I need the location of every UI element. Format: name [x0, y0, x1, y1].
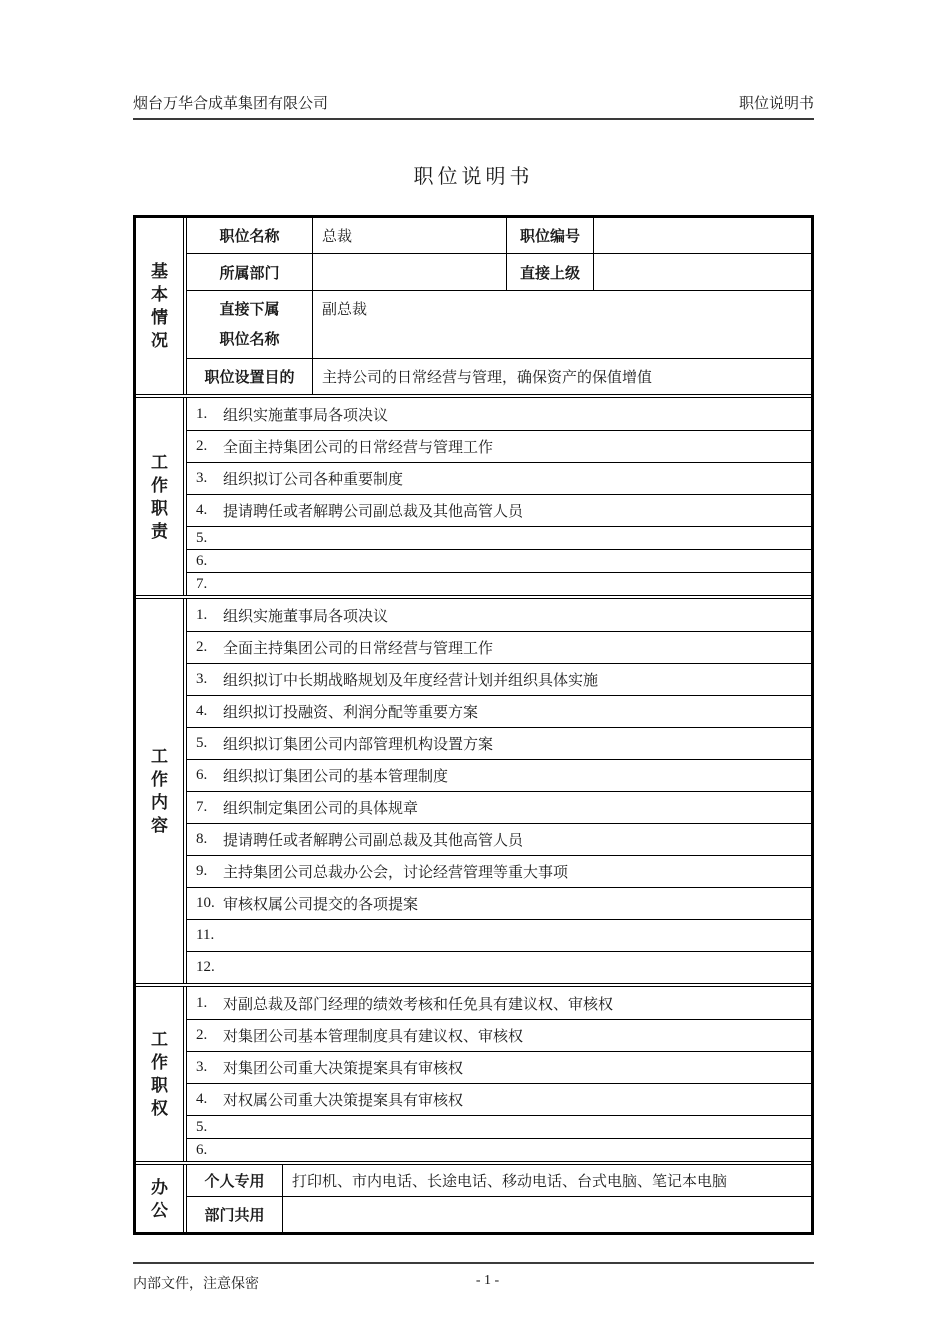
item-text: 审核权属公司提交的各项提案 — [223, 893, 811, 914]
item-number: 2. — [187, 639, 223, 656]
item-number: 7. — [187, 576, 223, 593]
list-item: 10.审核权属公司提交的各项提案 — [187, 887, 811, 919]
field-label-line1: 直接下属 — [219, 295, 279, 325]
section-title-char: 作 — [151, 1051, 168, 1074]
list-item: 9.主持集团公司总裁办公会，讨论经营管理等重大事项 — [187, 855, 811, 887]
item-text: 主持集团公司总裁办公会，讨论经营管理等重大事项 — [223, 861, 811, 882]
item-number: 6. — [187, 1142, 223, 1159]
table-row: 职位设置目的 主持公司的日常经营与管理，确保资产的保值增值 — [187, 358, 811, 394]
section-authority: 工作职权 1.对副总裁及部门经理的绩效考核和任免具有建议权、审核权2.对集团公司… — [136, 983, 811, 1161]
field-value-position-name: 总裁 — [312, 218, 506, 253]
list-item: 1.组织实施董事局各项决议 — [187, 599, 811, 631]
section-title-char: 公 — [151, 1199, 168, 1222]
item-number: 5. — [187, 530, 223, 547]
section-title-work-content: 工作内容 — [136, 599, 187, 983]
section-title-char: 况 — [151, 329, 168, 352]
item-number: 12. — [187, 959, 223, 976]
page-footer: 内部文件，注意保密 - 1 - — [133, 1262, 814, 1293]
section-title-char: 容 — [151, 814, 168, 837]
section-title-char: 作 — [151, 768, 168, 791]
section-title-char: 作 — [151, 474, 168, 497]
item-number: 10. — [187, 895, 223, 912]
section-basic-info: 基本情况 职位名称 总裁 职位编号 所属部门 直接上级 直接下属 — [136, 218, 811, 394]
section-title-char: 工 — [151, 1028, 168, 1051]
list-item: 1.对副总裁及部门经理的绩效考核和任免具有建议权、审核权 — [187, 987, 811, 1019]
section-title-char: 职 — [151, 497, 168, 520]
section-title-char: 情 — [151, 306, 168, 329]
section-title-basic-info: 基本情况 — [136, 218, 187, 394]
item-text: 组织拟订集团公司内部管理机构设置方案 — [223, 733, 811, 754]
list-item: 8.提请聘任或者解聘公司副总裁及其他高管人员 — [187, 823, 811, 855]
section-title-char: 权 — [151, 1097, 168, 1120]
item-text: 组织实施董事局各项决议 — [223, 404, 811, 425]
item-text: 对集团公司重大决策提案具有审核权 — [223, 1057, 811, 1078]
field-value-personal-equipment: 打印机、市内电话、长途电话、移动电话、台式电脑、笔记本电脑 — [282, 1165, 811, 1196]
list-item: 2.全面主持集团公司的日常经营与管理工作 — [187, 631, 811, 663]
item-number: 1. — [187, 607, 223, 624]
item-number: 2. — [187, 438, 223, 455]
item-text: 对集团公司基本管理制度具有建议权、审核权 — [223, 1025, 811, 1046]
item-number: 3. — [187, 1059, 223, 1076]
section-title-char: 工 — [151, 451, 168, 474]
list-item: 2.对集团公司基本管理制度具有建议权、审核权 — [187, 1019, 811, 1051]
list-item: 1.组织实施董事局各项决议 — [187, 398, 811, 430]
item-number: 1. — [187, 406, 223, 423]
list-item: 6.组织拟订集团公司的基本管理制度 — [187, 759, 811, 791]
item-text: 组织拟订中长期战略规划及年度经营计划并组织具体实施 — [223, 669, 811, 690]
field-label-position-code: 职位编号 — [506, 218, 593, 253]
item-number: 1. — [187, 995, 223, 1012]
field-label-direct-subordinates: 直接下属 职位名称 — [187, 291, 312, 358]
list-item: 3.对集团公司重大决策提案具有审核权 — [187, 1051, 811, 1083]
item-number: 9. — [187, 863, 223, 880]
item-number: 4. — [187, 703, 223, 720]
section-title-authority: 工作职权 — [136, 987, 187, 1161]
section-office: 办公 个人专用 打印机、市内电话、长途电话、移动电话、台式电脑、笔记本电脑 部门… — [136, 1161, 811, 1232]
item-number: 11. — [187, 927, 223, 944]
item-text: 提请聘任或者解聘公司副总裁及其他高管人员 — [223, 500, 811, 521]
item-number: 3. — [187, 671, 223, 688]
field-label-position-name: 职位名称 — [187, 218, 312, 253]
item-text: 组织拟订公司各种重要制度 — [223, 468, 811, 489]
field-label-personal-equipment: 个人专用 — [187, 1165, 282, 1196]
section-title-char: 工 — [151, 745, 168, 768]
list-item: 6. — [187, 549, 811, 572]
item-text: 组织拟订投融资、利润分配等重要方案 — [223, 701, 811, 722]
item-text: 组织实施董事局各项决议 — [223, 605, 811, 626]
section-title-char: 办 — [151, 1176, 168, 1199]
table-row: 所属部门 直接上级 — [187, 253, 811, 290]
item-number: 4. — [187, 1091, 223, 1108]
field-value-direct-superior — [593, 254, 811, 290]
item-number: 5. — [187, 735, 223, 752]
item-text: 全面主持集团公司的日常经营与管理工作 — [223, 436, 811, 457]
list-item: 3.组织拟订中长期战略规划及年度经营计划并组织具体实施 — [187, 663, 811, 695]
item-number: 6. — [187, 767, 223, 784]
item-number: 7. — [187, 799, 223, 816]
item-text: 组织拟订集团公司的基本管理制度 — [223, 765, 811, 786]
item-number: 6. — [187, 553, 223, 570]
list-item: 11. — [187, 919, 811, 951]
item-text: 对权属公司重大决策提案具有审核权 — [223, 1089, 811, 1110]
field-label-position-purpose: 职位设置目的 — [187, 359, 312, 394]
work-content-list: 1.组织实施董事局各项决议2.全面主持集团公司的日常经营与管理工作3.组织拟订中… — [187, 599, 811, 983]
footer-confidential-note: 内部文件，注意保密 — [133, 1273, 360, 1293]
field-label-line2: 职位名称 — [219, 325, 279, 355]
list-item: 6. — [187, 1138, 811, 1161]
table-row: 部门共用 — [187, 1196, 811, 1232]
basic-info-body: 职位名称 总裁 职位编号 所属部门 直接上级 直接下属 职位名称 副总 — [187, 218, 811, 394]
footer-page-number: - 1 - — [374, 1273, 601, 1289]
section-title-duties: 工作职责 — [136, 398, 187, 595]
section-title-char: 基 — [151, 260, 168, 283]
item-number: 5. — [187, 1119, 223, 1136]
item-text: 对副总裁及部门经理的绩效考核和任免具有建议权、审核权 — [223, 993, 811, 1014]
list-item: 4.组织拟订投融资、利润分配等重要方案 — [187, 695, 811, 727]
item-number: 2. — [187, 1027, 223, 1044]
list-item: 2.全面主持集团公司的日常经营与管理工作 — [187, 430, 811, 462]
list-item: 12. — [187, 951, 811, 983]
list-item: 5.组织拟订集团公司内部管理机构设置方案 — [187, 727, 811, 759]
document-title: 职位说明书 — [133, 160, 814, 189]
item-text: 组织制定集团公司的具体规章 — [223, 797, 811, 818]
page-content: 烟台万华合成革集团有限公司 职位说明书 职位说明书 基本情况 职位名称 总裁 职… — [133, 0, 814, 1235]
section-duties: 工作职责 1.组织实施董事局各项决议2.全面主持集团公司的日常经营与管理工作3.… — [136, 394, 811, 595]
list-item: 4.提请聘任或者解聘公司副总裁及其他高管人员 — [187, 494, 811, 526]
field-label-direct-superior: 直接上级 — [506, 254, 593, 290]
page-header: 烟台万华合成革集团有限公司 职位说明书 — [133, 0, 814, 120]
section-work-content: 工作内容 1.组织实施董事局各项决议2.全面主持集团公司的日常经营与管理工作3.… — [136, 595, 811, 983]
header-doc-type: 职位说明书 — [739, 92, 814, 113]
list-item: 5. — [187, 1115, 811, 1138]
list-item: 7. — [187, 572, 811, 595]
table-row: 直接下属 职位名称 副总裁 — [187, 290, 811, 358]
authority-list: 1.对副总裁及部门经理的绩效考核和任免具有建议权、审核权2.对集团公司基本管理制… — [187, 987, 811, 1161]
table-row: 个人专用 打印机、市内电话、长途电话、移动电话、台式电脑、笔记本电脑 — [187, 1165, 811, 1196]
section-title-char: 职 — [151, 1074, 168, 1097]
item-text: 提请聘任或者解聘公司副总裁及其他高管人员 — [223, 829, 811, 850]
list-item: 5. — [187, 526, 811, 549]
list-item: 4.对权属公司重大决策提案具有审核权 — [187, 1083, 811, 1115]
table-row: 职位名称 总裁 职位编号 — [187, 218, 811, 253]
field-label-shared-equipment: 部门共用 — [187, 1197, 282, 1232]
section-title-char: 内 — [151, 791, 168, 814]
header-company-name: 烟台万华合成革集团有限公司 — [133, 92, 328, 113]
field-value-position-purpose: 主持公司的日常经营与管理，确保资产的保值增值 — [312, 359, 811, 394]
item-number: 4. — [187, 502, 223, 519]
list-item: 3.组织拟订公司各种重要制度 — [187, 462, 811, 494]
field-label-department: 所属部门 — [187, 254, 312, 290]
item-text: 全面主持集团公司的日常经营与管理工作 — [223, 637, 811, 658]
field-value-direct-subordinates: 副总裁 — [312, 291, 811, 358]
section-title-char: 责 — [151, 520, 168, 543]
section-title-office: 办公 — [136, 1165, 187, 1232]
section-title-char: 本 — [151, 283, 168, 306]
field-value-department — [312, 254, 506, 290]
job-description-table: 基本情况 职位名称 总裁 职位编号 所属部门 直接上级 直接下属 — [133, 215, 814, 1235]
field-value-shared-equipment — [282, 1197, 811, 1232]
item-number: 3. — [187, 470, 223, 487]
field-value-position-code — [593, 218, 811, 253]
item-number: 8. — [187, 831, 223, 848]
office-body: 个人专用 打印机、市内电话、长途电话、移动电话、台式电脑、笔记本电脑 部门共用 — [187, 1165, 811, 1232]
duties-list: 1.组织实施董事局各项决议2.全面主持集团公司的日常经营与管理工作3.组织拟订公… — [187, 398, 811, 595]
list-item: 7.组织制定集团公司的具体规章 — [187, 791, 811, 823]
